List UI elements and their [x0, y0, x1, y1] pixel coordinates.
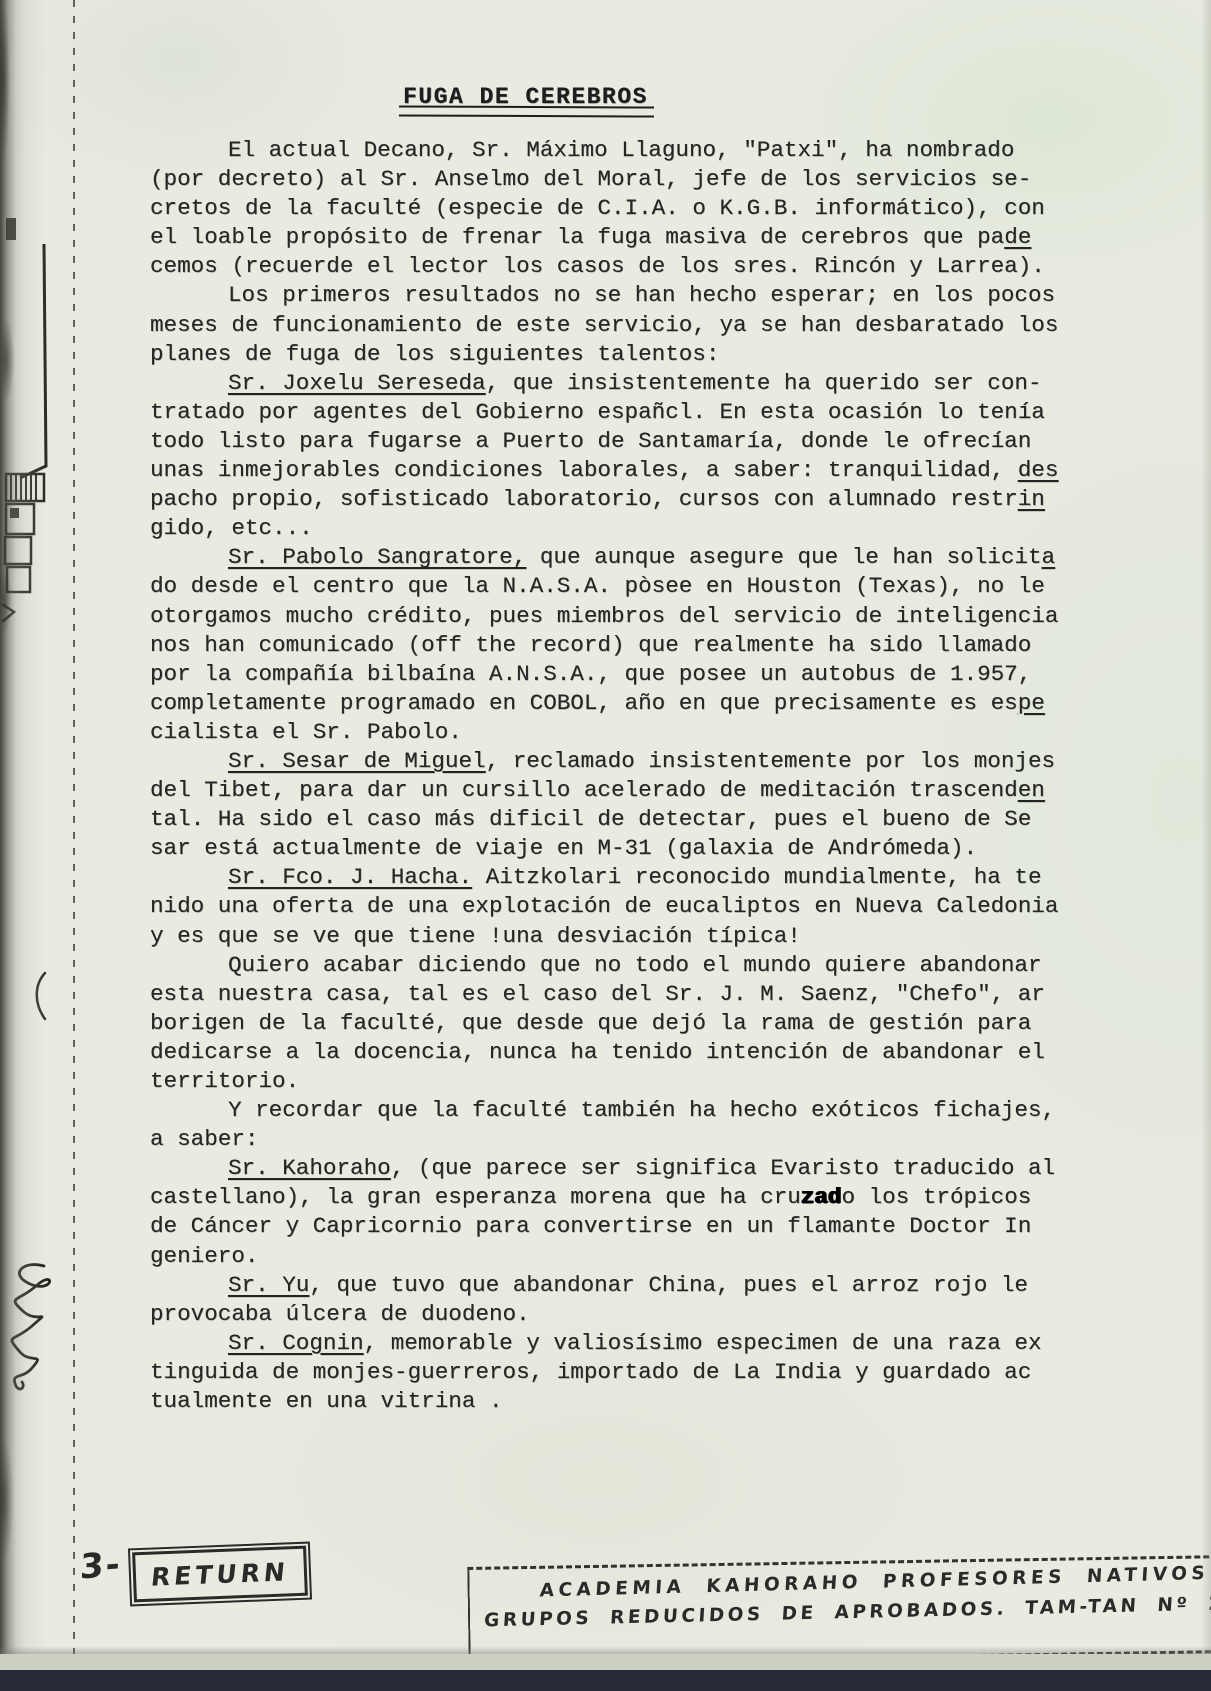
text-segment: o los trópicos [842, 1184, 1032, 1210]
page-title: FUGA DE CEREBROS [401, 84, 650, 113]
document-line: de Cáncer y Capricornio para convertirse… [150, 1212, 1090, 1241]
text-segment: pacho propio, sofisticado laboratorio, c… [150, 486, 1018, 512]
text-segment: que aunque asegure que le han solicit [526, 544, 1041, 570]
document-line: castellano), la gran esperanza morena qu… [150, 1183, 1090, 1212]
underlined-text: pe [1018, 690, 1045, 716]
fold-crease-line [73, 0, 75, 1656]
document-line: Sr. Kahoraho, (que parece ser significa … [150, 1154, 1090, 1183]
document-line: geniero. [150, 1242, 1090, 1271]
text-segment: nos han comunicado (off the record) que … [150, 632, 1031, 658]
underlined-text: Sr. Fco. J. Hacha. [228, 864, 472, 890]
underlined-text: des [1018, 457, 1059, 483]
scan-right-edge [1201, 0, 1211, 1656]
document-line: Sr. Cognin, memorable y valiosísimo espe… [150, 1329, 1090, 1358]
document-line: Sr. Joxelu Sereseda, que insistentemente… [150, 369, 1090, 398]
text-segment: tratado por agentes del Gobierno españcl… [150, 399, 1045, 425]
document-line: todo listo para fugarse a Puerto de Sant… [150, 427, 1090, 456]
document-line: sar está actualmente de viaje en M-31 (g… [150, 834, 1090, 863]
text-segment: geniero. [150, 1243, 258, 1269]
document-line: esta nuestra casa, tal es el caso del Sr… [150, 980, 1090, 1009]
document-line: del Tibet, para dar un cursillo acelerad… [150, 776, 1090, 805]
text-segment: meses de funcionamiento de este servicio… [150, 312, 1058, 338]
text-segment: de Cáncer y Capricornio para convertirse… [150, 1213, 1031, 1239]
document-line: territorio. [150, 1067, 1090, 1096]
underlined-text: de [1004, 224, 1031, 250]
document-line: do desde el centro que la N.A.S.A. pòsee… [150, 572, 1090, 601]
page-bottom-shadow [0, 1646, 1211, 1654]
document-line: nido una oferta de una explotación de eu… [150, 892, 1090, 921]
underlined-text: Sr. Sesar de Miguel [228, 748, 486, 774]
text-segment: otorgamos mucho crédito, pues miembros d… [150, 603, 1058, 629]
text-segment: esta nuestra casa, tal es el caso del Sr… [150, 981, 1045, 1007]
below-page-strip [0, 1654, 1211, 1670]
document-line: (por decreto) al Sr. Anselmo del Moral, … [150, 165, 1090, 194]
text-segment: territorio. [150, 1068, 299, 1094]
document-body: El actual Decano, Sr. Máximo Llaguno, "P… [150, 136, 1090, 1416]
document-line: Sr. Pabolo Sangratore, que aunque asegur… [150, 543, 1090, 572]
page-number-label: 3- [79, 1544, 122, 1587]
page-title-text: FUGA DE CEREBROS [401, 84, 650, 113]
underlined-text: Sr. Kahoraho [228, 1155, 391, 1181]
document-line: Quiero acabar diciendo que no todo el mu… [150, 951, 1090, 980]
return-stamp: RETURN [132, 1546, 308, 1603]
document-line: completamente programado en COBOL, año e… [150, 689, 1090, 718]
text-segment: por la compañía bilbaína A.N.S.A., que p… [150, 661, 1031, 687]
text-segment: tinguida de monjes-guerreros, importado … [150, 1359, 1031, 1385]
text-segment: castellano), la gran esperanza morena qu… [150, 1184, 801, 1210]
underlined-text: in [1018, 486, 1045, 512]
text-segment: El actual Decano, Sr. Máximo Llaguno, "P… [228, 137, 1014, 163]
document-line: Sr. Sesar de Miguel, reclamado insistent… [150, 747, 1090, 776]
scan-left-edge [0, 0, 46, 1691]
text-segment: cemos (recuerde el lector los casos de l… [150, 253, 1045, 279]
document-line: tratado por agentes del Gobierno españcl… [150, 398, 1090, 427]
text-segment: provocaba úlcera de duodeno. [150, 1301, 530, 1327]
text-segment: gido, etc... [150, 515, 313, 541]
document-line: pacho propio, sofisticado laboratorio, c… [150, 485, 1090, 514]
text-segment: , (que parece ser significa Evaristo tra… [391, 1155, 1055, 1181]
text-segment: completamente programado en COBOL, año e… [150, 690, 1018, 716]
underlined-text: a [1042, 544, 1056, 570]
text-segment: el loable propósito de frenar la fuga ma… [150, 224, 1004, 250]
document-line: unas inmejorables condiciones laborales,… [150, 456, 1090, 485]
text-segment: tal. Ha sido el caso más dificil de dete… [150, 806, 1031, 832]
text-segment: tualmente en una vitrina . [150, 1388, 503, 1414]
document-line: y es que se ve que tiene !una desviación… [150, 922, 1090, 951]
text-segment: unas inmejorables condiciones laborales,… [150, 457, 1018, 483]
text-segment: sar está actualmente de viaje en M-31 (g… [150, 835, 977, 861]
scan-edge-blotches [0, 0, 40, 1691]
text-segment: nido una oferta de una explotación de eu… [150, 893, 1058, 919]
text-segment: , que tuvo que abandonar China, pues el … [309, 1272, 1028, 1298]
document-line: tinguida de monjes-guerreros, importado … [150, 1358, 1090, 1387]
document-line: cretos de la faculté (especie de C.I.A. … [150, 194, 1090, 223]
underlined-text: Sr. Cognin [228, 1330, 364, 1356]
text-segment: , memorable y valiosísimo especimen de u… [364, 1330, 1042, 1356]
document-line: a saber: [150, 1125, 1090, 1154]
scribble-flower-icon [2, 1260, 60, 1395]
document-line: El actual Decano, Sr. Máximo Llaguno, "P… [150, 136, 1090, 165]
document-line: nos han comunicado (off the record) que … [150, 631, 1090, 660]
paren-mark-icon [30, 970, 52, 1022]
document-line: meses de funcionamiento de este servicio… [150, 311, 1090, 340]
document-line: Y recordar que la faculté también ha hec… [150, 1096, 1090, 1125]
document-line: planes de fuga de los siguientes talento… [150, 340, 1090, 369]
document-line: Sr. Fco. J. Hacha. Aitzkolari reconocido… [150, 863, 1090, 892]
document-line: Los primeros resultados no se han hecho … [150, 281, 1090, 310]
document-line: tualmente en una vitrina . [150, 1387, 1090, 1416]
document-line: cemos (recuerde el lector los casos de l… [150, 252, 1090, 281]
ladder-doodle-icon [0, 216, 130, 636]
text-segment: planes de fuga de los siguientes talento… [150, 341, 719, 367]
document-line: el loable propósito de frenar la fuga ma… [150, 223, 1090, 252]
document-line: gido, etc... [150, 514, 1090, 543]
text-segment: Los primeros resultados no se han hecho … [228, 282, 1055, 308]
document-line: por la compañía bilbaína A.N.S.A., que p… [150, 660, 1090, 689]
overtyped-text: zad [801, 1184, 842, 1210]
document-line: dedicarse a la docencia, nunca ha tenido… [150, 1038, 1090, 1067]
text-segment: todo listo para fugarse a Puerto de Sant… [150, 428, 1031, 454]
text-segment: Aitzkolari reconocido mundialmente, ha t… [472, 864, 1041, 890]
text-segment: (por decreto) al Sr. Anselmo del Moral, … [150, 166, 1031, 192]
document-line: tal. Ha sido el caso más dificil de dete… [150, 805, 1090, 834]
text-segment: y es que se ve que tiene !una desviación… [150, 923, 801, 949]
text-segment: cretos de la faculté (especie de C.I.A. … [150, 195, 1045, 221]
document-line: provocaba úlcera de duodeno. [150, 1300, 1090, 1329]
text-segment: del Tibet, para dar un cursillo acelerad… [150, 777, 1018, 803]
return-stamp-text: RETURN [150, 1557, 291, 1591]
text-segment: Y recordar que la faculté también ha hec… [228, 1097, 1055, 1123]
text-segment: cialista el Sr. Pabolo. [150, 719, 462, 745]
text-segment: Quiero acabar diciendo que no todo el mu… [228, 952, 1042, 978]
document-line: Sr. Yu, que tuvo que abandonar China, pu… [150, 1271, 1090, 1300]
document-line: cialista el Sr. Pabolo. [150, 718, 1090, 747]
underlined-text: Sr. Joxelu Sereseda [228, 370, 486, 396]
text-segment: borigen de la faculté, que desde que dej… [150, 1010, 1031, 1036]
underlined-text: Sr. Yu [228, 1272, 309, 1298]
underlined-text: Sr. Pabolo Sangratore, [228, 544, 526, 570]
document-line: borigen de la faculté, que desde que dej… [150, 1009, 1090, 1038]
text-segment: do desde el centro que la N.A.S.A. pòsee… [150, 573, 1045, 599]
text-segment: dedicarse a la docencia, nunca ha tenido… [150, 1039, 1045, 1065]
underlined-text: en [1018, 777, 1045, 803]
text-segment: , que insistentemente ha querido ser con… [486, 370, 1042, 396]
text-segment: a saber: [150, 1126, 258, 1152]
scanner-background-bar [0, 1670, 1211, 1691]
document-line: otorgamos mucho crédito, pues miembros d… [150, 602, 1090, 631]
text-segment: , reclamado insistentemente por los monj… [486, 748, 1055, 774]
